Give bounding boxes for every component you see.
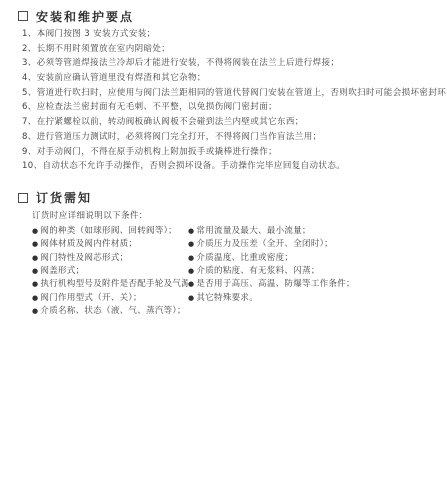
bullet-icon: ● [188,265,194,278]
bullet-item: ● 是否用于高压、高温、防爆等工作条件； [188,278,447,291]
order-section-header: 订货需知 [0,190,447,206]
checkbox-square-icon [18,193,28,203]
bullet-item: ● 介质的粘度、有无浆料、闪蒸； [188,265,447,278]
bullet-text: 介质的粘度、有无浆料、闪蒸； [196,265,319,278]
bullet-icon: ● [32,252,38,265]
bullet-text: 阀体材质及阀内件材质； [40,238,137,251]
bullet-text: 其它特殊要求。 [196,292,258,305]
install-item: 2、长期不用时须置放在室内阴暗处； [0,42,447,57]
bullet-text: 介质压力及压差（全开、全闭时）； [196,238,333,251]
bullet-icon: ● [32,278,38,291]
install-item: 8、进行管道压力测试时，必须将阀门完全打开，不得将阀门当作盲法兰用； [0,130,447,145]
bullet-item: ● 介质温度、比重或密度； [188,252,447,265]
install-item: 1、本阀门按图 3 安装方式安装； [0,27,447,42]
bullet-text: 阀的种类（如球形阀、回转阀等）； [40,225,177,238]
bullet-item: ● 介质名称、状态（液、气、蒸汽等）； [32,305,188,318]
bullet-icon: ● [188,225,194,238]
bullet-icon: ● [188,252,194,265]
order-bullet-columns: ● 阀的种类（如球形阀、回转阀等）； ● 阀体材质及阀内件材质； ● 阀门特性及… [0,225,447,319]
bullet-item: ● 其它特殊要求。 [188,292,447,305]
bullet-text: 执行机构型号及附件是否配手轮及气源压力； [40,278,188,291]
bullet-item: ● 介质压力及压差（全开、全闭时）； [188,238,447,251]
bullet-text: 介质名称、状态（液、气、蒸汽等）； [40,305,185,318]
install-item: 4、安装前应确认管道里没有焊渣和其它杂物； [0,71,447,86]
bullet-item: ● 阀体材质及阀内件材质； [32,238,188,251]
document-page: 安装和维护要点 1、本阀门按图 3 安装方式安装； 2、长期不用时须置放在室内阴… [0,0,447,497]
section-order-info: 订货需知 订货时应详细说明以下条件： ● 阀的种类（如球形阀、回转阀等）； ● … [0,190,447,319]
bullet-icon: ● [188,278,194,291]
bullet-icon: ● [188,238,194,251]
bullet-text: 常用流量及最大、最小流量； [196,225,310,238]
order-intro: 订货时应详细说明以下条件： [0,210,447,223]
install-section-header: 安装和维护要点 [0,8,447,24]
install-item: 5、管道进行吹扫时，应使用与阀门法兰距相同的管道代替阀门安装在管道上，否则吹扫时… [0,86,447,101]
bullet-icon: ● [32,225,38,238]
install-item: 10、自动状态不允许手动操作，否则会损坏设备。手动操作完毕应回复自动状态。 [0,159,447,174]
bullet-icon: ● [32,305,38,318]
install-section-title: 安装和维护要点 [36,8,134,25]
bullet-text: 是否用于高压、高温、防爆等工作条件； [196,278,354,291]
bullet-list-right: ● 常用流量及最大、最小流量； ● 介质压力及压差（全开、全闭时）； ● 介质温… [188,225,447,305]
bullet-item: ● 执行机构型号及附件是否配手轮及气源压力； [32,278,188,291]
install-item-list: 1、本阀门按图 3 安装方式安装； 2、长期不用时须置放在室内阴暗处； 3、必须… [0,27,447,174]
order-section-title: 订货需知 [36,189,92,206]
bullet-icon: ● [188,292,194,305]
bullet-item: ● 常用流量及最大、最小流量； [188,225,447,238]
install-item: 7、在拧紧螺栓以前，转动阀板确认阀板不会碰到法兰内壁或其它东西； [0,115,447,130]
bullet-text: 阀盖形式； [40,265,84,278]
bullet-icon: ● [32,238,38,251]
bullet-text: 阀门特性及阀芯形式； [40,252,128,265]
bullet-icon: ● [32,265,38,278]
install-item: 6、应检查法兰密封面有无毛刺、不平整，以免损伤阀门密封面； [0,100,447,115]
bullet-item: ● 阀盖形式； [32,265,188,278]
checkbox-square-icon [18,11,28,21]
bullet-item: ● 阀门作用型式（开、关）； [32,292,188,305]
bullet-list-left: ● 阀的种类（如球形阀、回转阀等）； ● 阀体材质及阀内件材质； ● 阀门特性及… [0,225,188,319]
section-install-maintenance: 安装和维护要点 1、本阀门按图 3 安装方式安装； 2、长期不用时须置放在室内阴… [0,8,447,174]
bullet-text: 介质温度、比重或密度； [196,252,293,265]
bullet-item: ● 阀的种类（如球形阀、回转阀等）； [32,225,188,238]
bullet-icon: ● [32,292,38,305]
install-item: 9、对手动阀门，不得在原手动机构上附加扳手或撬棒进行操作； [0,145,447,160]
bullet-text: 阀门作用型式（开、关）； [40,292,141,305]
install-item: 3、必须等管道焊接法兰冷却后才能进行安装，不得将阀装在法兰上后进行焊接； [0,56,447,71]
bullet-item: ● 阀门特性及阀芯形式； [32,252,188,265]
